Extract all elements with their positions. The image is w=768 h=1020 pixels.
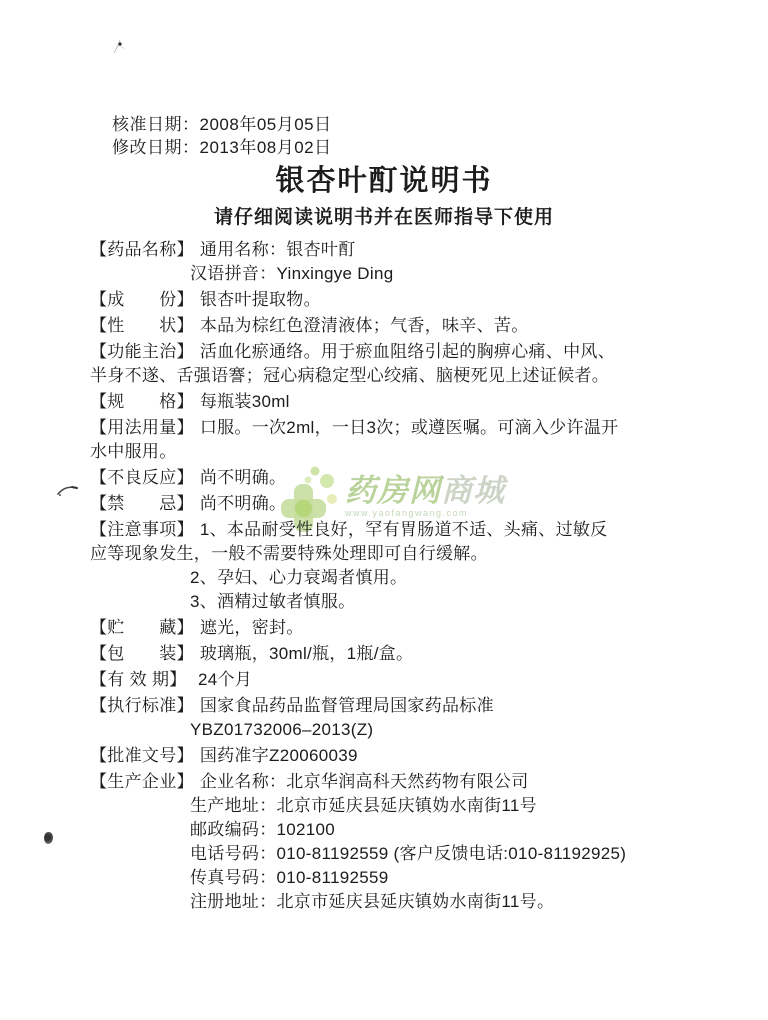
leaflet-entry: 【批准文号】国药准字Z20060039: [90, 744, 710, 768]
entry-label: 【执行标准】: [90, 694, 194, 718]
entry-label: 【药品名称】: [90, 238, 194, 262]
entry-label: 【有 效 期】: [90, 668, 192, 692]
leaflet-entry: 【用法用量】口服。一次2ml，一日3次；或遵医嘱。可滴入少许温开水中服用。: [90, 416, 710, 464]
revision-date-line: 修改日期：2013年08月02日: [112, 136, 332, 159]
entry-text: 国家食品药品监督管理局国家药品标准: [194, 696, 494, 715]
entry-text: 国药准字Z20060039: [194, 746, 358, 765]
page-subtitle: 请仔细阅读说明书并在医师指导下使用: [0, 202, 768, 229]
entry-text: 遮光，密封。: [194, 618, 304, 637]
leaflet-entry: 【规 格】每瓶装30ml: [90, 390, 710, 414]
entry-label: 【禁 忌】: [90, 492, 194, 516]
entry-continuation-line: 水中服用。: [90, 440, 710, 464]
entry-continuation-line: 3、酒精过敏者慎服。: [90, 590, 710, 614]
entry-label: 【功能主治】: [90, 340, 194, 364]
entry-text: 活血化瘀通络。用于瘀血阻络引起的胸痹心痛、中风、: [194, 342, 615, 361]
leaflet-entry: 【功能主治】活血化瘀通络。用于瘀血阻络引起的胸痹心痛、中风、半身不遂、舌强语謇；…: [90, 340, 710, 388]
entry-label: 【性 状】: [90, 314, 194, 338]
entry-continuation-line: 应等现象发生，一般不需要特殊处理即可自行缓解。: [90, 542, 710, 566]
entry-label: 【规 格】: [90, 390, 194, 414]
entry-text: 24个月: [192, 670, 252, 689]
leaflet-entry: 【有 效 期】24个月: [90, 668, 710, 692]
entry-text: 通用名称：银杏叶酊: [194, 240, 356, 259]
entry-continuation-line: 电话号码：010-81192559 (客户反馈电话:010-81192925): [90, 842, 710, 866]
entry-line: 【性 状】本品为棕红色澄清液体；气香，味辛、苦。: [90, 314, 710, 338]
date-block: 核准日期：2008年05月05日 修改日期：2013年08月02日: [112, 113, 332, 159]
entry-line: 【不良反应】尚不明确。: [90, 466, 710, 490]
entry-line: 【用法用量】口服。一次2ml，一日3次；或遵医嘱。可滴入少许温开: [90, 416, 710, 440]
leaflet-entry: 【生产企业】企业名称：北京华润高科天然药物有限公司生产地址：北京市延庆县延庆镇妫…: [90, 770, 710, 914]
page-title: 银杏叶酊说明书: [0, 158, 768, 199]
leaflet-entry: 【药品名称】通用名称：银杏叶酊汉语拼音：Yinxingye Ding: [90, 238, 710, 286]
entry-label: 【注意事项】: [90, 518, 194, 542]
entry-continuation-line: 生产地址：北京市延庆县延庆镇妫水南街11号: [90, 794, 710, 818]
entry-line: 【功能主治】活血化瘀通络。用于瘀血阻络引起的胸痹心痛、中风、: [90, 340, 710, 364]
leaflet-entry: 【包 装】玻璃瓶，30ml/瓶，1瓶/盒。: [90, 642, 710, 666]
entry-text: 本品为棕红色澄清液体；气香，味辛、苦。: [194, 316, 529, 335]
entry-line: 【贮 藏】遮光，密封。: [90, 616, 710, 640]
leaflet-page: 药房网商城 www.yaofangwang.com 核准日期：2008年05月0…: [0, 0, 768, 1020]
entry-continuation-line: 注册地址：北京市延庆县延庆镇妫水南街11号。: [90, 890, 710, 914]
entry-line: 【注意事项】1、本品耐受性良好，罕有胃肠道不适、头痛、过敏反: [90, 518, 710, 542]
entry-text: 尚不明确。: [194, 468, 287, 487]
entry-label: 【用法用量】: [90, 416, 194, 440]
scan-artifact-speck: [44, 832, 53, 844]
entry-line: 【规 格】每瓶装30ml: [90, 390, 710, 414]
entry-continuation-line: 2、孕妇、心力衰竭者慎用。: [90, 566, 710, 590]
leaflet-entry: 【不良反应】尚不明确。: [90, 466, 710, 490]
entry-line: 【生产企业】企业名称：北京华润高科天然药物有限公司: [90, 770, 710, 794]
entry-line: 【成 份】银杏叶提取物。: [90, 288, 710, 312]
entry-line: 【批准文号】国药准字Z20060039: [90, 744, 710, 768]
entry-text: 1、本品耐受性良好，罕有胃肠道不适、头痛、过敏反: [194, 520, 608, 539]
scan-artifact-top: [112, 38, 128, 61]
entry-label: 【批准文号】: [90, 744, 194, 768]
entry-text: 银杏叶提取物。: [194, 290, 321, 309]
entry-label: 【包 装】: [90, 642, 194, 666]
entry-line: 【禁 忌】尚不明确。: [90, 492, 710, 516]
entry-line: 【包 装】玻璃瓶，30ml/瓶，1瓶/盒。: [90, 642, 710, 666]
leaflet-entry: 【贮 藏】遮光，密封。: [90, 616, 710, 640]
entries-list: 【药品名称】通用名称：银杏叶酊汉语拼音：Yinxingye Ding【成 份】银…: [90, 238, 710, 916]
entry-line: 【执行标准】国家食品药品监督管理局国家药品标准: [90, 694, 710, 718]
entry-label: 【贮 藏】: [90, 616, 194, 640]
leaflet-entry: 【成 份】银杏叶提取物。: [90, 288, 710, 312]
leaflet-entry: 【执行标准】国家食品药品监督管理局国家药品标准YBZ01732006–2013(…: [90, 694, 710, 742]
entry-line: 【有 效 期】24个月: [90, 668, 710, 692]
entry-text: 玻璃瓶，30ml/瓶，1瓶/盒。: [194, 644, 414, 663]
entry-line: 【药品名称】通用名称：银杏叶酊: [90, 238, 710, 262]
entry-continuation-line: YBZ01732006–2013(Z): [90, 718, 710, 742]
leaflet-entry: 【性 状】本品为棕红色澄清液体；气香，味辛、苦。: [90, 314, 710, 338]
leaflet-entry: 【注意事项】1、本品耐受性良好，罕有胃肠道不适、头痛、过敏反应等现象发生，一般不…: [90, 518, 710, 614]
entry-label: 【生产企业】: [90, 770, 194, 794]
approval-date-line: 核准日期：2008年05月05日: [112, 113, 332, 136]
entry-text: 每瓶装30ml: [194, 392, 290, 411]
entry-text: 尚不明确。: [194, 494, 287, 513]
scan-artifact-left: [57, 484, 79, 502]
entry-text: 企业名称：北京华润高科天然药物有限公司: [194, 772, 529, 791]
entry-continuation-line: 传真号码：010-81192559: [90, 866, 710, 890]
entry-continuation-line: 邮政编码：102100: [90, 818, 710, 842]
entry-text: 口服。一次2ml，一日3次；或遵医嘱。可滴入少许温开: [194, 418, 619, 437]
entry-continuation-line: 半身不遂、舌强语謇；冠心病稳定型心绞痛、脑梗死见上述证候者。: [90, 364, 710, 388]
leaflet-entry: 【禁 忌】尚不明确。: [90, 492, 710, 516]
entry-label: 【不良反应】: [90, 466, 194, 490]
entry-continuation-line: 汉语拼音：Yinxingye Ding: [90, 262, 710, 286]
entry-label: 【成 份】: [90, 288, 194, 312]
